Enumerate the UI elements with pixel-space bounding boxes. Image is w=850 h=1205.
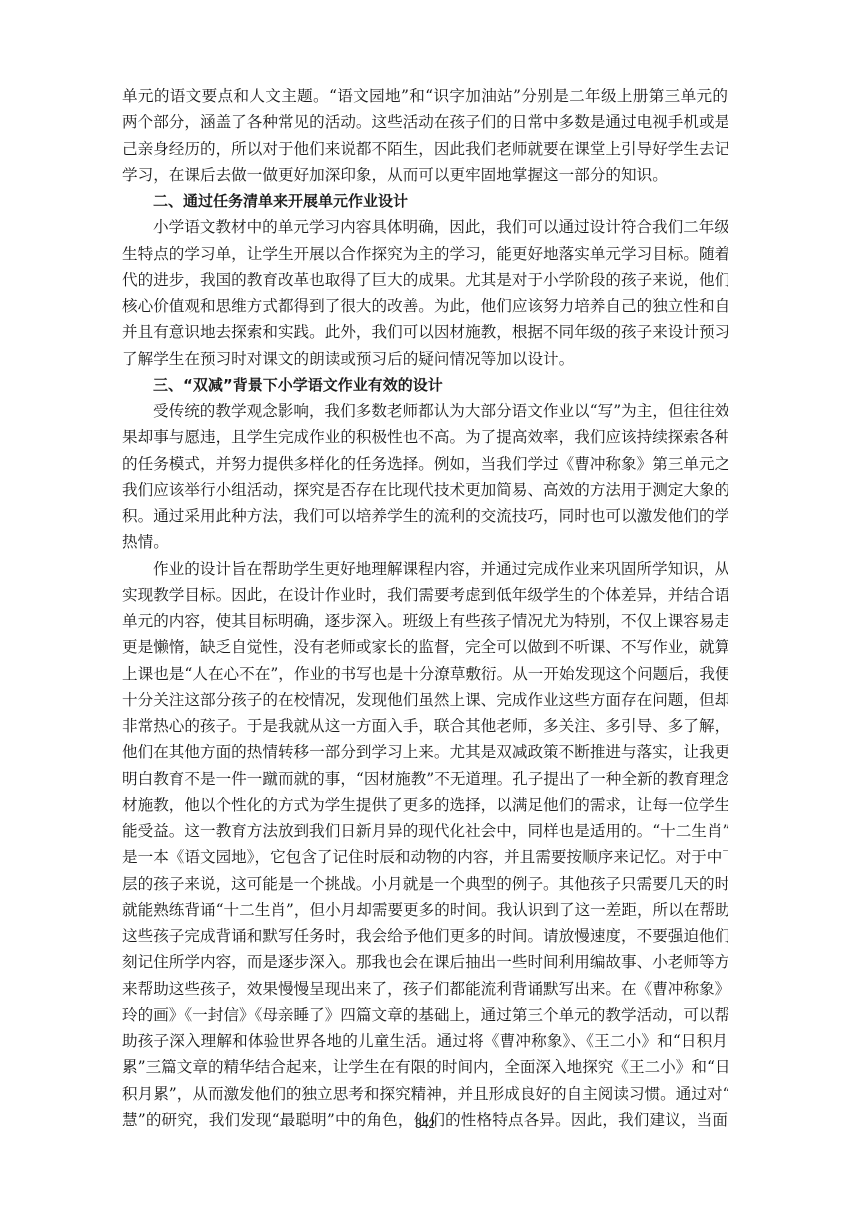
text-line: 并且有意识地去探索和实践。此外，我们可以因材施教，根据不同年级的孩子来设计预习单… (122, 319, 728, 345)
page-number: 342 (0, 1117, 850, 1131)
text-line: 了解学生在预习时对课文的朗读或预习后的疑问情况等加以设计。 (122, 346, 728, 372)
text-line: 材施教，他以个性化的方式为学生提供了更多的选择，以满足他们的需求，让每一位学生都 (122, 792, 728, 818)
text-line: 积。通过采用此种方法，我们可以培养学生的流利的交流技巧，同时也可以激发他们的学习 (122, 503, 728, 529)
section-heading-2: 二、通过任务清单来开展单元作业设计 (122, 188, 728, 214)
text-line: 热情。 (122, 529, 728, 555)
text-line: 就能熟练背诵“十二生肖”，但小月却需要更多的时间。我认识到了这一差距，所以在帮助 (122, 897, 728, 923)
text-line: 累”三篇文章的精华结合起来，让学生在有限的时间内，全面深入地探究《王二小》和“日 (122, 1054, 728, 1080)
text-line: 层的孩子来说，这可能是一个挑战。小月就是一个典型的例子。其他孩子只需要几天的时间 (122, 871, 728, 897)
text-line: 单元的内容，使其目标明确，逐步深入。班级上有些孩子情况尤为特别，不仅上课容易走神… (122, 608, 728, 634)
text-line: 明白教育不是一件一蹴而就的事，“因材施教”不无道理。孔子提出了一种全新的教育理念… (122, 766, 728, 792)
text-line: 能受益。这一教育方法放到我们日新月异的现代化社会中，同样也是适用的。“十二生肖” (122, 818, 728, 844)
text-line: 核心价值观和思维方式都得到了很大的改善。为此，他们应该努力培养自己的独立性和自信… (122, 293, 728, 319)
text-line: 果却事与愿违，且学生完成作业的积极性也不高。为了提高效率，我们应该持续探索各种新 (122, 424, 728, 450)
text-line: 助孩子深入理解和体验世界各地的儿童生活。通过将《曹冲称象》、《王二小》和“日积月 (122, 1028, 728, 1054)
text-line: 是一本《语文园地》，它包含了记住时辰和动物的内容，并且需要按顺序来记忆。对于中下 (122, 844, 728, 870)
text-line: 刻记住所学内容，而是逐步深入。那我也会在课后抽出一些时间利用编故事、小老师等方式 (122, 949, 728, 975)
text-line: 玲的画》《一封信》《母亲睡了》四篇文章的基础上，通过第三个单元的教学活动，可以帮 (122, 1002, 728, 1028)
text-line: 他们在其他方面的热情转移一部分到学习上来。尤其是双减政策不断推进与落实，让我更加 (122, 739, 728, 765)
text-line: 更是懒惰，缺乏自觉性，没有老师或家长的监督，完全可以做到不听课、不写作业，就算是 (122, 634, 728, 660)
text-line: 作业的设计旨在帮助学生更好地理解课程内容，并通过完成作业来巩固所学知识，从而 (122, 556, 728, 582)
text-line: 这些孩子完成背诵和默写任务时，我会给予他们更多的时间。请放慢速度，不要强迫他们立 (122, 923, 728, 949)
text-line: 实现教学目标。因此，在设计作业时，我们需要考虑到低年级学生的个体差异，并结合语文 (122, 582, 728, 608)
text-line: 非常热心的孩子。于是我就从这一方面入手，联合其他老师，多关注、多引导、多了解，把 (122, 713, 728, 739)
text-line: 来帮助这些孩子，效果慢慢呈现出来了，孩子们都能流利背诵默写出来。在《曹冲称象》《… (122, 976, 728, 1002)
text-line: 积月累”，从而激发他们的独立思考和探究精神，并且形成良好的自主阅读习惯。通过对“… (122, 1081, 728, 1107)
section-heading-3: 三、“双减”背景下小学语文作业有效的设计 (122, 372, 728, 398)
text-line: 两个部分，涵盖了各种常见的活动。这些活动在孩子们的日常中多数是通过电视手机或是自 (122, 109, 728, 135)
text-line: 己亲身经历的，所以对于他们来说都不陌生，因此我们老师就要在课堂上引导好学生去记忆 (122, 136, 728, 162)
document-body: 单元的语文要点和人文主题。“语文园地”和“识字加油站”分别是二年级上册第三单元的… (122, 83, 728, 1133)
text-line: 学习，在课后去做一做更好加深印象，从而可以更牢固地掌握这一部分的知识。 (122, 162, 728, 188)
text-line: 单元的语文要点和人文主题。“语文园地”和“识字加油站”分别是二年级上册第三单元的 (122, 83, 728, 109)
text-line: 上课也是“人在心不在”，作业的书写也是十分潦草敷衍。从一开始发现这个问题后，我便 (122, 661, 728, 687)
text-line: 的任务模式，并努力提供多样化的任务选择。例如，当我们学过《曹冲称象》第三单元之后… (122, 451, 728, 477)
document-page: 单元的语文要点和人文主题。“语文园地”和“识字加油站”分别是二年级上册第三单元的… (0, 0, 850, 1205)
text-line: 小学语文教材中的单元学习内容具体明确，因此，我们可以通过设计符合我们二年级学 (122, 214, 728, 240)
text-line: 我们应该举行小组活动，探究是否存在比现代技术更加简易、高效的方法用于测定大象的体 (122, 477, 728, 503)
text-line: 代的进步，我国的教育改革也取得了巨大的成果。尤其是对于小学阶段的孩子来说，他们的 (122, 267, 728, 293)
text-line: 生特点的学习单，让学生开展以合作探究为主的学习，能更好地落实单元学习目标。随着时 (122, 241, 728, 267)
text-line: 受传统的教学观念影响，我们多数老师都认为大部分语文作业以“写”为主，但往往效 (122, 398, 728, 424)
text-line: 十分关注这部分孩子的在校情况，发现他们虽然上课、完成作业这些方面存在问题，但却是 (122, 687, 728, 713)
